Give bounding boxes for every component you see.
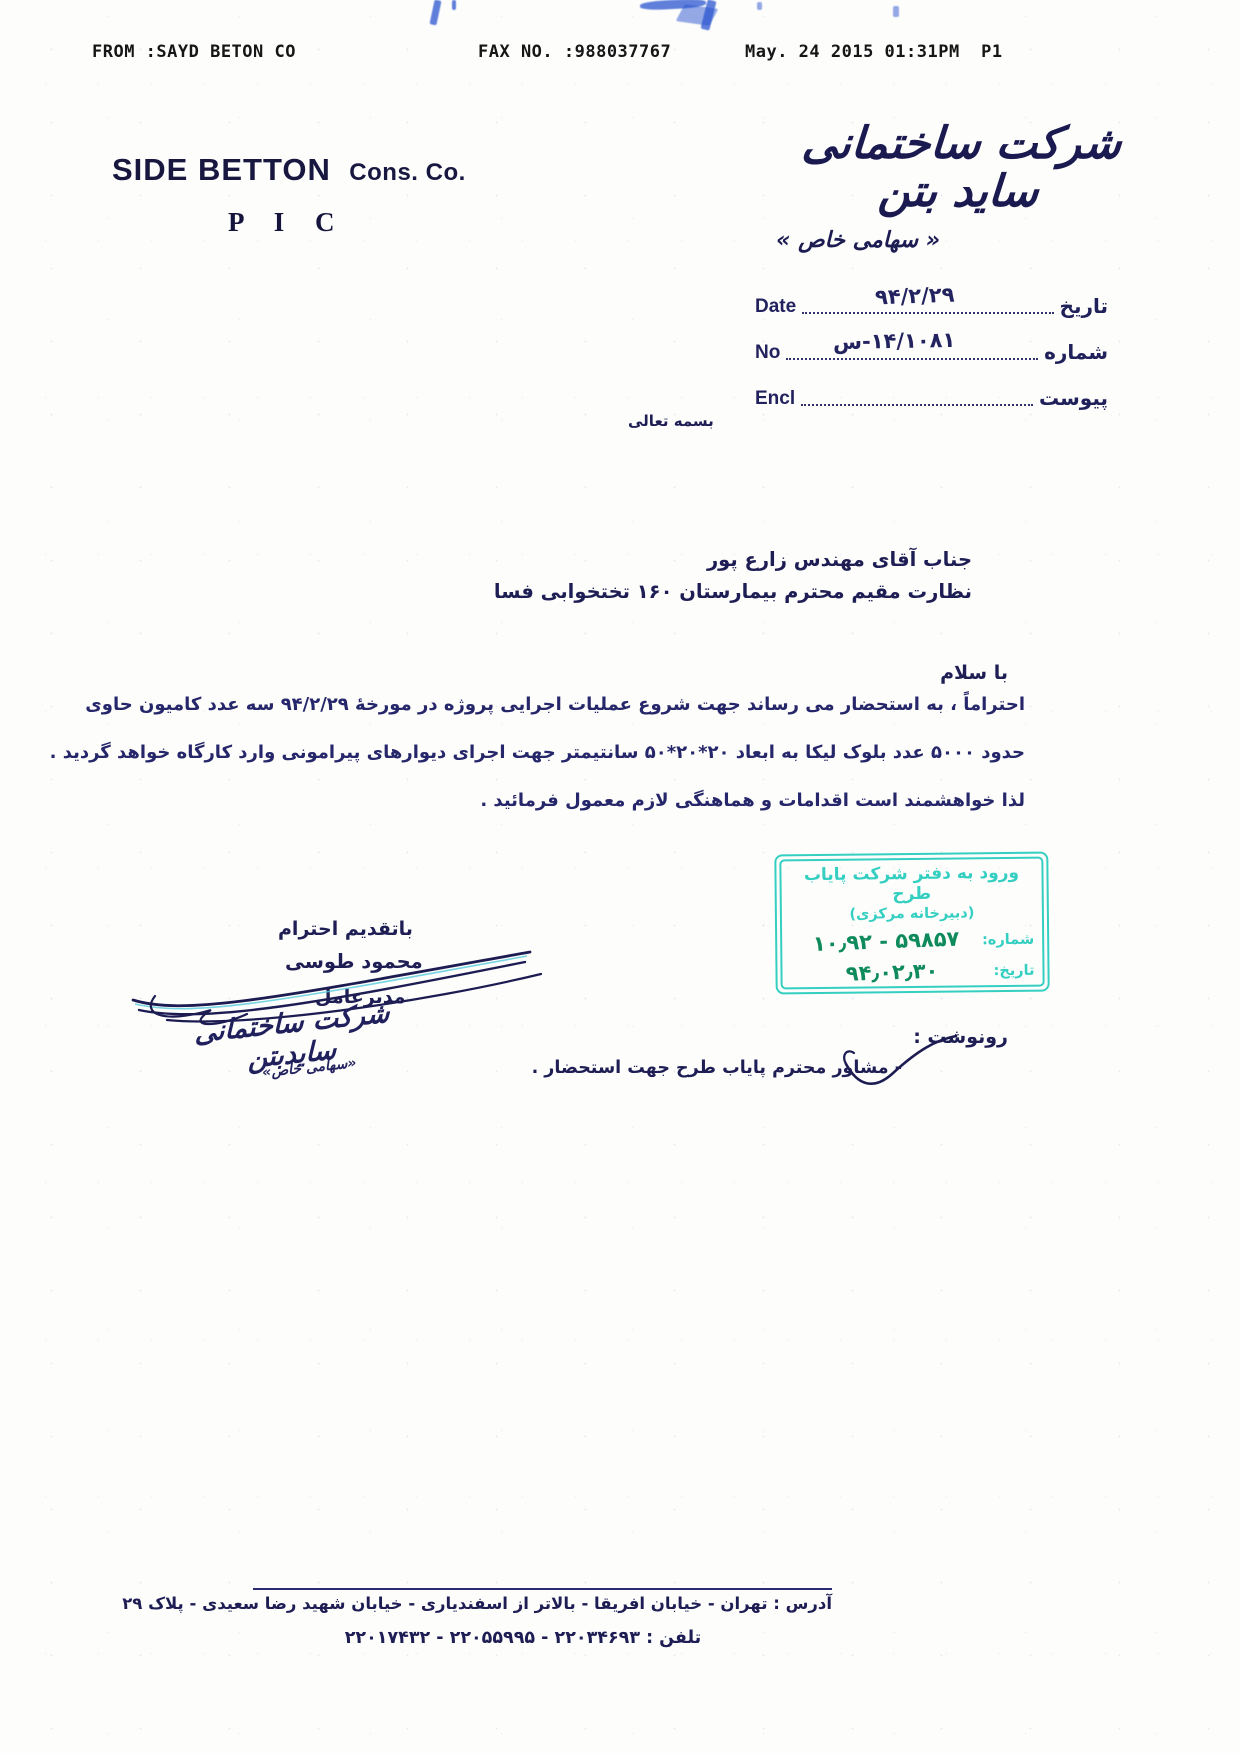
ink-smudge-mark: [757, 2, 762, 10]
date-row: Date تاریخ ۹۴/۲/۲۹: [755, 292, 1108, 318]
company-name-en-suffix: Cons. Co.: [349, 159, 466, 186]
salutation-text: با سلام: [940, 662, 1008, 684]
no-label-en: No: [755, 342, 780, 364]
footer-address: آدرس : تهران - خیابان افریقا - بالاتر از…: [253, 1594, 832, 1613]
bismillah-text: بسمه تعالی: [628, 412, 714, 430]
dotted-leader: [801, 394, 1033, 406]
number-row: No شماره ۱۴/۱۰۸۱-س: [755, 338, 1108, 364]
recipient-title-line: نظارت مقیم محترم بیمارستان ۱۶۰ تختخوابی …: [494, 580, 972, 603]
company-name-en-main: SIDE BETTON: [112, 152, 331, 187]
fax-number-text: FAX NO. :988037767: [478, 42, 671, 62]
fax-from-text: FROM :SAYD BETON CO: [92, 42, 296, 62]
footer-divider-line: [253, 1588, 832, 1590]
received-stamp-date-value: ۹۴٫۰۲٫۳۰: [790, 956, 994, 987]
received-stamp-subtitle: (دبیرخانه مرکزی): [790, 905, 1034, 924]
footer-phone: تلفن : ۲۲۰۳۴۶۹۳ - ۲۲۰۵۵۹۹۵ - ۲۲۰۱۷۴۳۲: [253, 1628, 793, 1648]
signature-closing: باتقدیم احترام: [278, 918, 413, 940]
body-line-3: لذا خواهشمند است اقدامات و هماهنگی لازم …: [480, 790, 1025, 811]
company-abbreviation: P I C: [228, 207, 347, 238]
encl-label-en: Encl: [755, 388, 795, 410]
received-stamp-inner-border: ورود به دفتر شرکت پایاب طرح (دبیرخانه مر…: [779, 857, 1044, 990]
received-stamp-number-row: شماره: ۵۹۸۵۷ - ۱۰٫۹۲: [790, 928, 1034, 955]
recipient-name-line: جناب آقای مهندس زارع پور: [707, 548, 972, 571]
received-stamp-no-value: ۵۹۸۵۷ - ۱۰٫۹۲: [790, 926, 983, 957]
ink-smudge-mark: [429, 0, 441, 25]
company-type-label: « سهامی خاص »: [776, 228, 940, 253]
received-stamp: ورود به دفتر شرکت پایاب طرح (دبیرخانه مر…: [774, 852, 1049, 995]
encl-label-fa: پیوست: [1039, 386, 1108, 410]
company-name-english: SIDE BETTON Cons. Co.: [112, 152, 466, 188]
handwritten-date-value: ۹۴/۲/۲۹: [875, 283, 955, 310]
no-label-fa: شماره: [1044, 340, 1108, 364]
date-label-fa: تاریخ: [1060, 294, 1108, 318]
received-stamp-date-row: تاریخ: ۹۴٫۰۲٫۳۰: [790, 959, 1034, 986]
received-stamp-no-label: شماره:: [982, 932, 1034, 949]
ink-smudge-mark: [893, 6, 899, 17]
fax-document-page: FROM :SAYD BETON CO FAX NO. :988037767 M…: [0, 0, 1240, 1753]
received-stamp-date-label: تاریخ:: [993, 963, 1034, 979]
enclosure-row: Encl پیوست: [755, 384, 1108, 410]
body-line-1: احتراماً ، به استحضار می رساند جهت شروع …: [85, 694, 1025, 715]
body-line-2: حدود ۵۰۰۰ عدد بلوک لیکا به ابعاد ۲۰*۲۰*۵…: [50, 742, 1025, 763]
company-name-fa-calligraphy: شرکت ساختمانی ساید بتن: [792, 120, 1129, 217]
fax-datetime-text: May. 24 2015 01:31PM P1: [745, 42, 1003, 62]
received-stamp-title: ورود به دفتر شرکت پایاب طرح: [789, 863, 1033, 906]
date-label-en: Date: [755, 296, 796, 318]
ink-smudge-mark: [452, 0, 456, 10]
cc-item: - مشاور محترم پایاب طرح جهت استحضار .: [532, 1058, 902, 1078]
company-name-persian: شرکت ساختمانی ساید بتن: [795, 120, 1125, 217]
handwritten-no-value: ۱۴/۱۰۸۱-س: [833, 328, 956, 354]
